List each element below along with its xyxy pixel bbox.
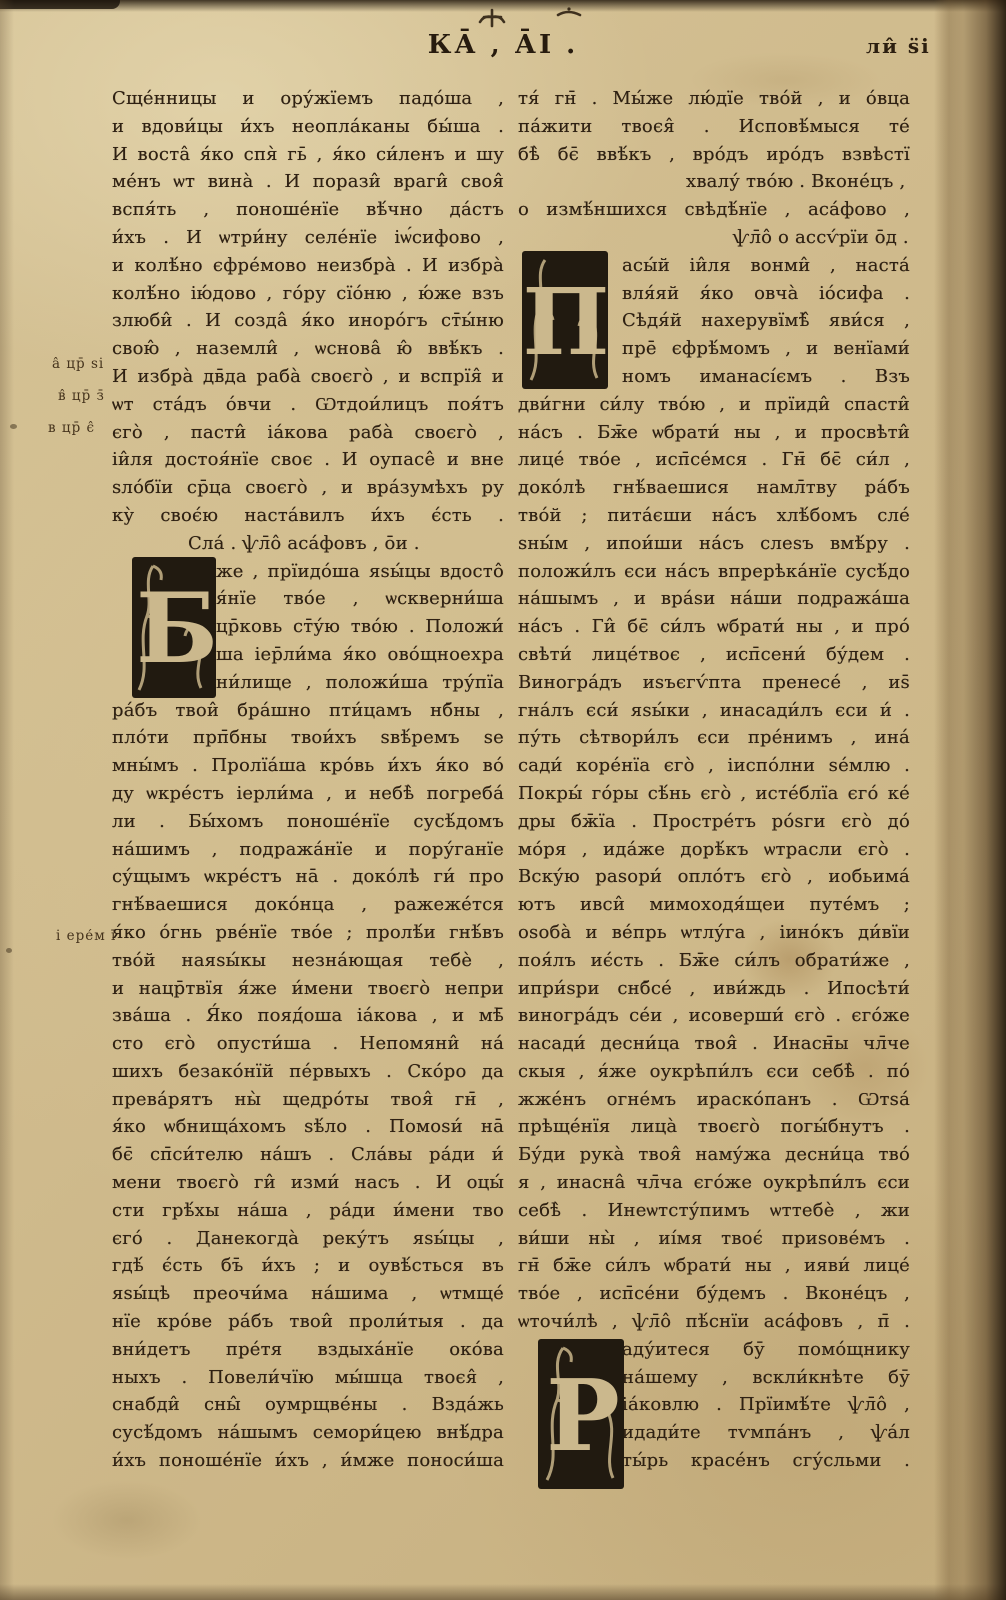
text-line: дры бж̄їа . Простре́тъ ро́ѕги єго̀ до́ bbox=[518, 808, 910, 836]
header-cross-ornament bbox=[430, 6, 620, 32]
ink-speck bbox=[6, 948, 12, 953]
text-line: вни́детъ пре́тя вздыха́нїе око́ва bbox=[112, 1336, 504, 1364]
text-line: сусѣ́домъ на́шымъ семори́цею внѣ́дра bbox=[112, 1419, 504, 1447]
page-left-edge-shadow bbox=[0, 0, 14, 1600]
text-line: и́хъ поноше́нїе и́хъ , и́мже поноси́ша bbox=[112, 1447, 504, 1475]
text-line: яѕы́цѣ преочи́ма на́шима , ѡтмще́ bbox=[112, 1280, 504, 1308]
text-line: насади́ десни́ца твоя̂ . Инасн̄ы чл̄че bbox=[518, 1030, 910, 1058]
text-line: бѣ̀ бє̄ ввѣ́къ , вро́дъ иро́дъ взвѣстї bbox=[518, 141, 910, 169]
text-line: ныхъ . Повели́чїю мы́шца твоєя̂ , bbox=[112, 1364, 504, 1392]
text-line: сто єго̀ опусти́ша . Непомяни̂ на́ bbox=[112, 1030, 504, 1058]
woodcut-initial-p: П bbox=[521, 250, 609, 390]
text-line: и вдови́цы и́хъ неопла́каны бы́ша . bbox=[112, 113, 504, 141]
text-line: ѡточи́лѣ , ѱл̄о̂ пѣ́снїи аса́фовъ , п̄ . bbox=[518, 1308, 910, 1336]
text-line: я́ко ѡбнища́хомъ ѕѣ́ло . Помоѕи́ на̄ bbox=[112, 1113, 504, 1141]
page-stain bbox=[52, 1480, 202, 1560]
text-line: гнѣ́ваешися доко́нца , ражеже́тся bbox=[112, 891, 504, 919]
text-line: на́съ . Бж̄е ѡбрати́ ны , и просвѣти̂ bbox=[518, 419, 910, 447]
text-line: Покры́ го́ры сѣ́нь єго̀ , исте́блїа єго́… bbox=[518, 780, 910, 808]
text-line: ша іер̄ли́ма я́ко ово́щноехра bbox=[216, 641, 504, 669]
margin-note-jeremiah-ref: і ере́м і̄ bbox=[56, 928, 116, 944]
text-line: свою̂ , наземли̂ , ѡснова̂ ю̂ ввѣ́къ . bbox=[112, 335, 504, 363]
text-line: аду́итеся бӯ помо́щнику bbox=[622, 1336, 910, 1364]
text-line: ѕны́м , ипои́ши на́съ слеѕъ вмѣ́ру . bbox=[518, 530, 910, 558]
text-line: вспя́ть , поноше́нїе вѣ́чно да́стъ bbox=[112, 196, 504, 224]
text-line: нїе кро́ве ра́бъ твои̂ проли́тыя . да bbox=[112, 1308, 504, 1336]
text-line: зва́ша . Я́ко пояд́оша іа́кова , и мѣ̄ bbox=[112, 1002, 504, 1030]
text-line: прѣще́нїя лица̀ твоєго̀ погы́бнутъ . bbox=[518, 1113, 910, 1141]
text-line: свѣти́ лице́твоє , исп̄сени́ бу́дем . bbox=[518, 641, 910, 669]
text-line: гн̄ бж̄е си́лъ ѡбрати́ ны , ияви́ лице́ bbox=[518, 1252, 910, 1280]
text-line: и́хъ . И ѡтри́ну селе́нїе іѡ́сифово , bbox=[112, 224, 504, 252]
text-line: Виногра́дъ иѕъєгѵ́пта пренесе́ , иѕ̄ bbox=[518, 669, 910, 697]
woodcut-initial-r-art: Р bbox=[537, 1338, 625, 1490]
text-line: оѕоба̀ и ве́прь ѡтлу́га , іино́къ ди́вїи bbox=[518, 919, 910, 947]
text-line: асы́й іи̂ля вонми̂ , наста́ bbox=[622, 252, 910, 280]
text-line: я , инасна̂ чл̄ча єго́же оукрѣпи́лъ єси bbox=[518, 1169, 910, 1197]
text-line: ви́ши ны̀ , иі́мя твоє́ приѕове́мъ . bbox=[518, 1225, 910, 1253]
text-line: ѕло́бїи ср̄ца своєго̀ , и вра́зумѣхъ ру bbox=[112, 474, 504, 502]
text-line: ра́бъ твои̂ бра́шно пти́цамъ нб̄ны , bbox=[112, 697, 504, 725]
text-line: гна́лъ єси́ яѕы́ки , инасади́лъ єси и́ . bbox=[518, 697, 910, 725]
text-line: Сла́ . ѱл̄о̂ аса́фовъ , о̄и . bbox=[188, 530, 504, 558]
text-line: ли . Бы́хомъ поноше́нїе сусѣ́домъ bbox=[112, 808, 504, 836]
left-text-column: Сще́нницы и ору́жїемъ падо́ша ,и вдови́ц… bbox=[112, 85, 504, 1485]
folio-number: ли̂ ѕ̈і bbox=[866, 34, 931, 58]
text-line: лице́ тво́е , исп̄се́мся . Гн̄ бє̄ си́л … bbox=[518, 446, 910, 474]
text-line: себѣ̀ . Инеѡтсту́пимъ ѡттебѐ , жи bbox=[518, 1197, 910, 1225]
text-line: су́щымъ ѡкре́стъ на̄ . доко́лѣ ги́ про bbox=[112, 863, 504, 891]
woodcut-initial-r: Р bbox=[537, 1338, 625, 1490]
binding-edge-shadow bbox=[934, 0, 1006, 1600]
text-line: положи́лъ єси на́съ впрерѣка́нїе сусѣ́до bbox=[518, 558, 910, 586]
text-line: я́ко о́гнь рве́нїе тво́е ; пролѣ́и гнѣ́в… bbox=[112, 919, 504, 947]
text-line: прева́рятъ ны̀ щедро́ты твоя̂ гн̄ , bbox=[112, 1086, 504, 1114]
kathisma-label: КА̄ , А̄І . bbox=[428, 30, 578, 60]
margin-note-kings-ref: а̂ цр̄ ѕі bbox=[52, 356, 104, 372]
initial-letter: П bbox=[523, 268, 609, 376]
text-line: ипри́ѕри снб̄се́ , иви́ждь . Ипосѣти́ bbox=[518, 975, 910, 1003]
text-line: же , прїидо́ша яѕы́цы вдосто̂ bbox=[216, 558, 504, 586]
text-line: поя́лъ иє́сть . Бж̄е си́лъ обрати́же , bbox=[518, 947, 910, 975]
text-line: тво́е , исп̄се́ни бу́демъ . Вконе́цъ , bbox=[518, 1280, 910, 1308]
text-line: дви́гни си́лу тво́ю , и прїиди̂ спасти̂ bbox=[518, 391, 910, 419]
text-line: снабди̂ сны̂ оумрщве́ны . Взда́жь bbox=[112, 1391, 504, 1419]
text-line: ду ѡкре́стъ іерли́ма , и небѣ̀ погреба́ bbox=[112, 780, 504, 808]
text-line: жже́нъ огне́мъ ираско́панъ . Ѡтѕа́ bbox=[518, 1086, 910, 1114]
text-line: цр̄ковь ст̄у́ю тво́ю . Положи́ bbox=[216, 613, 504, 641]
text-line: мени твоєго̀ ги̂ изми́ насъ . И оцы́ bbox=[112, 1169, 504, 1197]
text-line: ме́нъ ѡт вина̀ . И порази̂ враги̂ своя̂ bbox=[112, 168, 504, 196]
woodcut-initial-b-art: Б bbox=[131, 556, 217, 699]
text-line: виногра́дъ се́и , исоверши́ єго̀ . єго́ж… bbox=[518, 1002, 910, 1030]
text-line: ютъ ивси̂ мимоходя́щеи путе́мъ ; bbox=[518, 891, 910, 919]
text-line: Сѣдя́й нахерувїмѣ̂ яви́ся , bbox=[622, 307, 910, 335]
text-line: я́нїе тво́е , ѡскверни́ша bbox=[216, 585, 504, 613]
text-line: іа́ковлю . Прїимѣ́те ѱл̄о̂ , bbox=[622, 1391, 910, 1419]
text-line: гдѣ́ є́сть бъ̄ и́хъ ; и оувѣ́сться въ bbox=[112, 1252, 504, 1280]
text-line: ѱл̄о̂ о ассѵ́рїи о̄д . bbox=[733, 224, 910, 252]
text-line: скыя , я́же оукрѣпи́лъ єси себѣ̀ . по́ bbox=[518, 1058, 910, 1086]
text-line: идади́те тѵмпа́нъ , ѱа́л bbox=[622, 1419, 910, 1447]
text-line: хвалу́ тво́ю . Вконе́цъ , bbox=[686, 168, 910, 196]
text-line: па́жити твоєя̂ . Исповѣ́мыся те́ bbox=[518, 113, 910, 141]
text-line: ѡт ста́дъ о́вчи . Ѡтдои́лицъ поя́тъ bbox=[112, 391, 504, 419]
text-line: ты́рь красе́нъ сгу́сльми . bbox=[622, 1447, 910, 1475]
text-line: на́шымъ , и вра́ѕи на́ши подража́ша bbox=[518, 585, 910, 613]
woodcut-initial-b: Б bbox=[131, 556, 217, 699]
text-line: Бу́ди рука̀ твоя̂ наму́жа десни́ца тво́ bbox=[518, 1141, 910, 1169]
text-line: Сще́нницы и ору́жїемъ падо́ша , bbox=[112, 85, 504, 113]
text-line: пло́ти прп̄бны твои́хъ ѕвѣ́ремъ ѕе bbox=[112, 724, 504, 752]
text-line: номъ иманасі́ємъ . Взъ bbox=[622, 363, 910, 391]
text-line: и нацр̄твїя я́же и́мени твоєго̀ непри bbox=[112, 975, 504, 1003]
page-bottom-edge-shadow bbox=[0, 1584, 1006, 1600]
running-header-kathisma: КА̄ , А̄І . bbox=[0, 30, 1006, 60]
text-line: на́съ . Ги̂ бє̄ си́лъ ѡбрати́ ны , и про… bbox=[518, 613, 910, 641]
text-line: злюби̂ . И созда̂ я́ко иноро́гъ ст̄ы́ню bbox=[112, 307, 504, 335]
text-line: тво́й ; пита́єши на́съ хлѣ́бомъ сле́ bbox=[518, 502, 910, 530]
text-line: ку̀ своє́ю наста́вилъ и́хъ є́сть . bbox=[112, 502, 504, 530]
text-line: єго̀ , пасти̂ іа́кова раба̀ своєго̀ , bbox=[112, 419, 504, 447]
woodcut-initial-p-art: П bbox=[521, 250, 609, 390]
text-line: пре̄ єфрѣ́момъ , и венїами́ bbox=[622, 335, 910, 363]
text-line: сти грѣ́хы на́ша , ра́ди и́мени тво bbox=[112, 1197, 504, 1225]
text-line: Вску́ю раѕори́ опло́тъ єго̀ , иобьима́ bbox=[518, 863, 910, 891]
page-top-corner-shadow bbox=[0, 0, 120, 9]
text-line: и колѣ́но єфре́мово неизбра̀ . И избра̀ bbox=[112, 252, 504, 280]
text-line: мо́ря , ида́же дорѣ́къ ѡтрасли єго̀ . bbox=[518, 836, 910, 864]
text-line: доко́лѣ гнѣ́ваешися намл̄тву ра́бъ bbox=[518, 474, 910, 502]
text-line: тво́й наяѕы́кы незна́ющая тебѐ , bbox=[112, 947, 504, 975]
text-line: іи̂ля достоя́нїе своє . И оупасе̂ и вне bbox=[112, 446, 504, 474]
text-line: мны́мъ . Пролїа́ша кро́вь и́хъ я́ко во́ bbox=[112, 752, 504, 780]
margin-note-kings-ref: в̂ цр̄ з̄ bbox=[58, 388, 105, 404]
text-line: єго́ . Данекогда̀ реку́тъ яѕы́цы , bbox=[112, 1225, 504, 1253]
text-line: шихъ безако́нїй пе́рвыхъ . Ско́ро да bbox=[112, 1058, 504, 1086]
text-line: И избра̀ дв̄да раба̀ своєго̀ , и вспрїя̂… bbox=[112, 363, 504, 391]
text-line: сади́ коре́нїа єго̀ , іиспо́лни ѕе́млю . bbox=[518, 752, 910, 780]
text-line: колѣ́но ію́дово , го́ру сїо́ню , ю́же вз… bbox=[112, 280, 504, 308]
initial-letter: Б bbox=[136, 572, 217, 685]
text-line: тя́ гн̄ . Мы́же лю́дїе тво́й , и о́вца bbox=[518, 85, 910, 113]
text-line: о измѣ́ншихся свѣдѣ́нїе , аса́фово , bbox=[518, 196, 910, 224]
margin-note-kings-ref: в цр̄ є̂ bbox=[48, 420, 95, 436]
text-line: вля́яй я́ко овча̀ іо́сифа . bbox=[622, 280, 910, 308]
text-line: ни́лище , положи́ша тру́пїа bbox=[216, 669, 504, 697]
text-line: бє̄ сп̄си́телю на́шъ . Сла́вы ра́ди и́ bbox=[112, 1141, 504, 1169]
initial-letter: Р bbox=[546, 1359, 620, 1474]
text-line: пу́ть сѣтвори́лъ єси пре́нимъ , ина́ bbox=[518, 724, 910, 752]
text-line: И воста̂ я́ко спя̀ гь̄ , я́ко си́ленъ и … bbox=[112, 141, 504, 169]
book-page: КА̄ , А̄І . ли̂ ѕ̈і а̂ цр̄ ѕі в̂ цр̄ з̄ … bbox=[0, 0, 1006, 1600]
text-line: на́шему , вскли́кнѣте бӯ bbox=[622, 1364, 910, 1392]
ink-speck bbox=[10, 424, 17, 429]
text-line: на́шимъ , подража́нїе и пору́ганїе bbox=[112, 836, 504, 864]
